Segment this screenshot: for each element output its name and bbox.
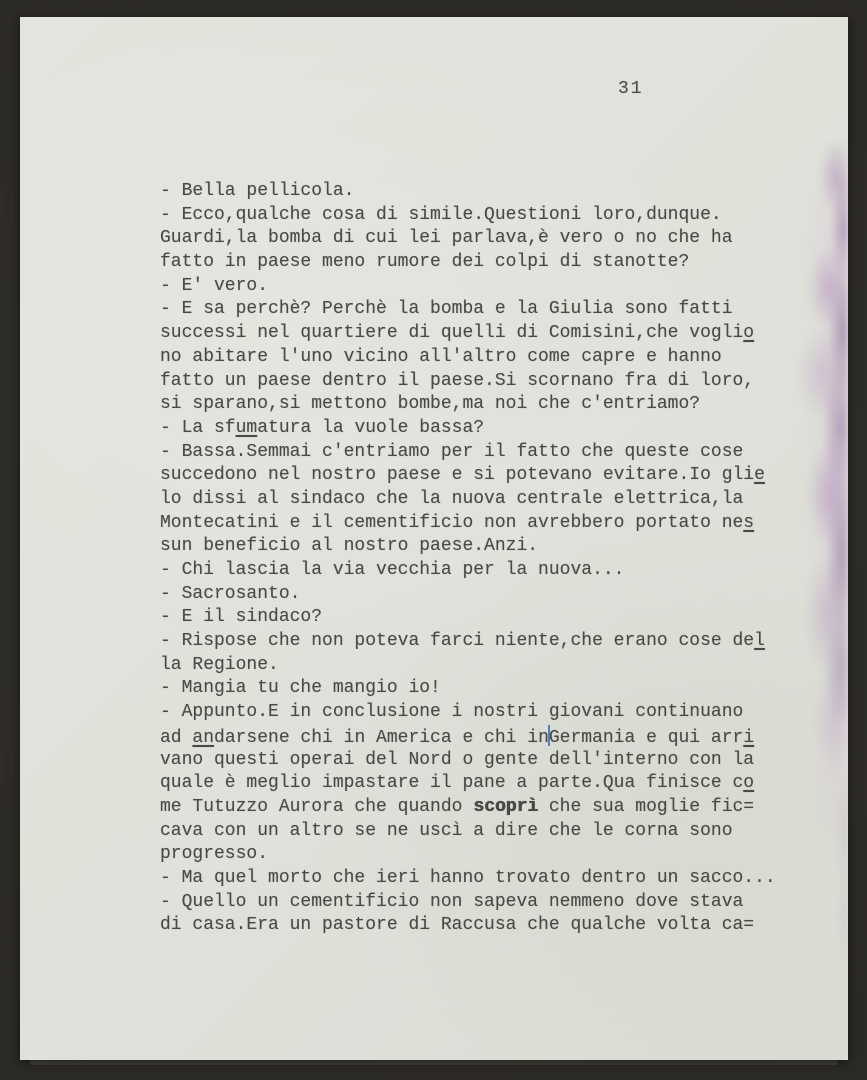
text-segment: - Sacrosanto. <box>160 584 300 604</box>
text-segment: - Bassa.Semmai c'entriamo per il fatto c… <box>160 442 743 462</box>
text-segment: succedono nel nostro paese e si potevano… <box>160 465 754 485</box>
text-segment: - Ecco,qualche cosa di simile.Questioni … <box>160 205 722 225</box>
text-line: - Ecco,qualche cosa di simile.Questioni … <box>160 204 780 228</box>
scan-background: 31 - Bella pellicola.- Ecco,qualche cosa… <box>0 0 867 1080</box>
text-line: - Bella pellicola. <box>160 180 780 204</box>
underlined-letter: um <box>236 418 258 438</box>
text-line: - E sa perchè? Perchè la bomba e la Giul… <box>160 298 780 322</box>
text-line: - E il sindaco? <box>160 606 780 630</box>
text-line: progresso. <box>160 843 780 867</box>
text-line: ad andarsene chi in America e chi inGerm… <box>160 725 780 749</box>
text-segment: - Chi lascia la via vecchia per la nuova… <box>160 560 624 580</box>
text-line: succedono nel nostro paese e si potevano… <box>160 464 780 488</box>
text-line: - Sacrosanto. <box>160 583 780 607</box>
text-line: di casa.Era un pastore di Raccusa che qu… <box>160 914 780 938</box>
text-line: - Bassa.Semmai c'entriamo per il fatto c… <box>160 441 780 465</box>
text-line: Guardi,la bomba di cui lei parlava,è ver… <box>160 227 780 251</box>
text-segment: darsene chi in America e chi in <box>214 728 549 748</box>
text-segment: si sparano,si mettono bombe,ma noi che c… <box>160 394 700 414</box>
text-line: me Tutuzzo Aurora che quando scoprì che … <box>160 796 780 820</box>
text-line: successi nel quartiere di quelli di Comi… <box>160 322 780 346</box>
text-segment: successi nel quartiere di quelli di Comi… <box>160 323 743 343</box>
page-number: 31 <box>618 77 644 101</box>
text-segment: che sua moglie fic= <box>538 797 754 817</box>
text-segment: Montecatini e il cementificio non avrebb… <box>160 513 743 533</box>
text-line: vano questi operai del Nord o gente dell… <box>160 749 780 773</box>
text-segment: lo dissi al sindaco che la nuova central… <box>160 489 743 509</box>
underlined-letter: o <box>743 773 754 793</box>
text-line: cava con un altro se ne uscì a dire che … <box>160 820 780 844</box>
text-segment: - Bella pellicola. <box>160 181 354 201</box>
underlined-letter: an <box>192 728 214 748</box>
double-struck-word: scoprì <box>473 797 538 817</box>
text-segment: - La sf <box>160 418 236 438</box>
typewritten-text-block: - Bella pellicola.- Ecco,qualche cosa di… <box>160 180 780 938</box>
underlined-letter: i <box>743 728 754 748</box>
blue-insertion-mark <box>548 725 551 746</box>
text-segment: - Mangia tu che mangio io! <box>160 678 441 698</box>
text-line: sun beneficio al nostro paese.Anzi. <box>160 535 780 559</box>
text-segment: progresso. <box>160 844 268 864</box>
text-line: - Quello un cementificio non sapeva nemm… <box>160 891 780 915</box>
text-line: - E' vero. <box>160 275 780 299</box>
text-line: la Regione. <box>160 654 780 678</box>
text-line: - Appunto.E in conclusione i nostri giov… <box>160 701 780 725</box>
text-segment: Germania e qui arr <box>549 728 743 748</box>
text-segment: sun beneficio al nostro paese.Anzi. <box>160 536 538 556</box>
text-segment: vano questi operai del Nord o gente dell… <box>160 750 754 770</box>
text-segment: fatto un paese dentro il paese.Si scorna… <box>160 371 754 391</box>
text-segment: - Rispose che non poteva farci niente,ch… <box>160 631 754 651</box>
text-line: Montecatini e il cementificio non avrebb… <box>160 512 780 536</box>
text-line: fatto in paese meno rumore dei colpi di … <box>160 251 780 275</box>
text-segment: - E il sindaco? <box>160 607 322 627</box>
text-line: - Mangia tu che mangio io! <box>160 677 780 701</box>
underlined-letter: l <box>754 631 765 651</box>
text-segment: fatto in paese meno rumore dei colpi di … <box>160 252 689 272</box>
text-segment: no abitare l'uno vicino all'altro come c… <box>160 347 722 367</box>
text-segment: - E' vero. <box>160 276 268 296</box>
text-line: - Ma quel morto che ieri hanno trovato d… <box>160 867 780 891</box>
text-segment: - E sa perchè? Perchè la bomba e la Giul… <box>160 299 733 319</box>
text-line: si sparano,si mettono bombe,ma noi che c… <box>160 393 780 417</box>
underlined-letter: o <box>743 323 754 343</box>
text-line: fatto un paese dentro il paese.Si scorna… <box>160 370 780 394</box>
text-segment: quale è meglio impastare il pane a parte… <box>160 773 743 793</box>
text-line: quale è meglio impastare il pane a parte… <box>160 772 780 796</box>
text-segment: Guardi,la bomba di cui lei parlava,è ver… <box>160 228 733 248</box>
text-segment: - Ma quel morto che ieri hanno trovato d… <box>160 868 776 888</box>
text-segment: la Regione. <box>160 655 279 675</box>
text-segment: - Appunto.E in conclusione i nostri giov… <box>160 702 743 722</box>
text-segment: atura la vuole bassa? <box>257 418 484 438</box>
text-segment: ad <box>160 728 192 748</box>
text-line: lo dissi al sindaco che la nuova central… <box>160 488 780 512</box>
text-line: - Rispose che non poteva farci niente,ch… <box>160 630 780 654</box>
text-segment: di casa.Era un pastore di Raccusa che qu… <box>160 915 754 935</box>
text-segment: cava con un altro se ne uscì a dire che … <box>160 821 733 841</box>
underlined-letter: s <box>743 513 754 533</box>
text-line: - Chi lascia la via vecchia per la nuova… <box>160 559 780 583</box>
underlined-letter: e <box>754 465 765 485</box>
text-segment: me Tutuzzo Aurora che quando <box>160 797 473 817</box>
text-segment: - Quello un cementificio non sapeva nemm… <box>160 892 743 912</box>
typescript-page: 31 - Bella pellicola.- Ecco,qualche cosa… <box>20 17 848 1060</box>
text-line: - La sfumatura la vuole bassa? <box>160 417 780 441</box>
text-line: no abitare l'uno vicino all'altro come c… <box>160 346 780 370</box>
